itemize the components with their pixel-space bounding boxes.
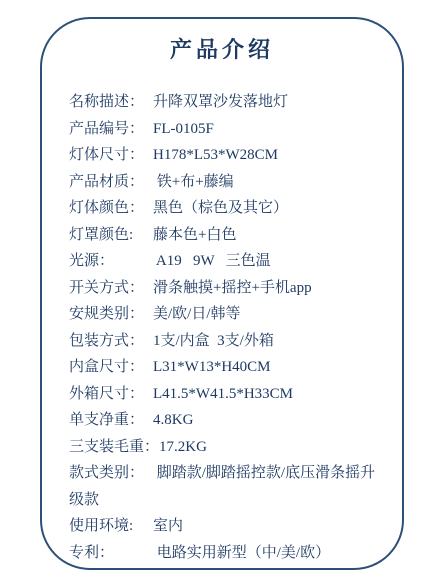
product-intro-card: 产品介绍 名称描述：升降双罩沙发落地灯产品编号：FL-0105F灯体尺寸：H17…	[40, 17, 404, 570]
spec-label: 单支净重：	[69, 407, 153, 434]
spec-label: 包装方式：	[69, 328, 153, 355]
spec-value: 黑色（棕色及其它）	[153, 200, 288, 216]
spec-value: 铁+布+藤编	[153, 174, 234, 190]
spec-value: 电路实用新型（中/美/欧）	[153, 545, 330, 561]
spec-row: 使用环境:室内	[69, 513, 386, 540]
spec-label: 光源：	[69, 248, 153, 275]
spec-label: 专利：	[69, 540, 153, 567]
spec-label: 外箱尺寸：	[69, 381, 153, 408]
spec-label: 款式类别：	[69, 460, 153, 487]
spec-row: 产品编号：FL-0105F	[69, 116, 386, 143]
spec-label: 内盒尺寸：	[69, 354, 153, 381]
spec-row: 光源： A19 9W 三色温	[69, 248, 386, 275]
spec-value: A19 9W 三色温	[153, 253, 271, 269]
spec-row: 款式类别： 脚踏款/脚踏摇控款/底压滑条摇升级款	[69, 460, 386, 513]
spec-label: 安规类别：	[69, 301, 153, 328]
spec-row: 灯体尺寸：H178*L53*W28CM	[69, 142, 386, 169]
spec-label: 灯罩颜色:	[69, 222, 153, 249]
spec-value: H178*L53*W28CM	[153, 147, 278, 163]
spec-value: 1支/内盒 3支/外箱	[153, 333, 274, 349]
spec-label: 使用环境:	[69, 513, 153, 540]
spec-label: 三支装毛重：	[69, 434, 159, 461]
spec-row: 单支净重：4.8KG	[69, 407, 386, 434]
spec-value: 藤本色+白色	[153, 227, 236, 243]
spec-value: 室内	[153, 518, 183, 534]
spec-value: 滑条触摸+摇控+手机app	[153, 280, 312, 296]
spec-row: 三支装毛重：17.2KG	[69, 434, 386, 461]
spec-row: 灯罩颜色:藤本色+白色	[69, 222, 386, 249]
spec-label: 开关方式：	[69, 275, 153, 302]
spec-value: 4.8KG	[153, 412, 193, 428]
spec-row: 包装方式：1支/内盒 3支/外箱	[69, 328, 386, 355]
page-title: 产品介绍	[42, 33, 402, 64]
spec-value: 升降双罩沙发落地灯	[153, 94, 288, 110]
spec-row: 开关方式：滑条触摸+摇控+手机app	[69, 275, 386, 302]
spec-label: 灯体颜色：	[69, 195, 153, 222]
spec-value: 美/欧/日/韩等	[153, 306, 241, 322]
spec-label: 产品编号：	[69, 116, 153, 143]
spec-value: L41.5*W41.5*H33CM	[153, 386, 293, 402]
spec-label: 产品材质：	[69, 169, 153, 196]
spec-row: 灯体颜色：黑色（棕色及其它）	[69, 195, 386, 222]
spec-value: FL-0105F	[153, 121, 214, 137]
spec-label: 名称描述：	[69, 89, 153, 116]
spec-row: 外箱尺寸：L41.5*W41.5*H33CM	[69, 381, 386, 408]
spec-value: L31*W13*H40CM	[153, 359, 271, 375]
spec-list: 名称描述：升降双罩沙发落地灯产品编号：FL-0105F灯体尺寸：H178*L53…	[69, 89, 386, 566]
spec-label: 灯体尺寸：	[69, 142, 153, 169]
spec-row: 名称描述：升降双罩沙发落地灯	[69, 89, 386, 116]
spec-row: 安规类别：美/欧/日/韩等	[69, 301, 386, 328]
spec-value: 17.2KG	[159, 439, 207, 455]
spec-row: 产品材质： 铁+布+藤编	[69, 169, 386, 196]
spec-row: 专利： 电路实用新型（中/美/欧）	[69, 540, 386, 567]
spec-row: 内盒尺寸：L31*W13*H40CM	[69, 354, 386, 381]
